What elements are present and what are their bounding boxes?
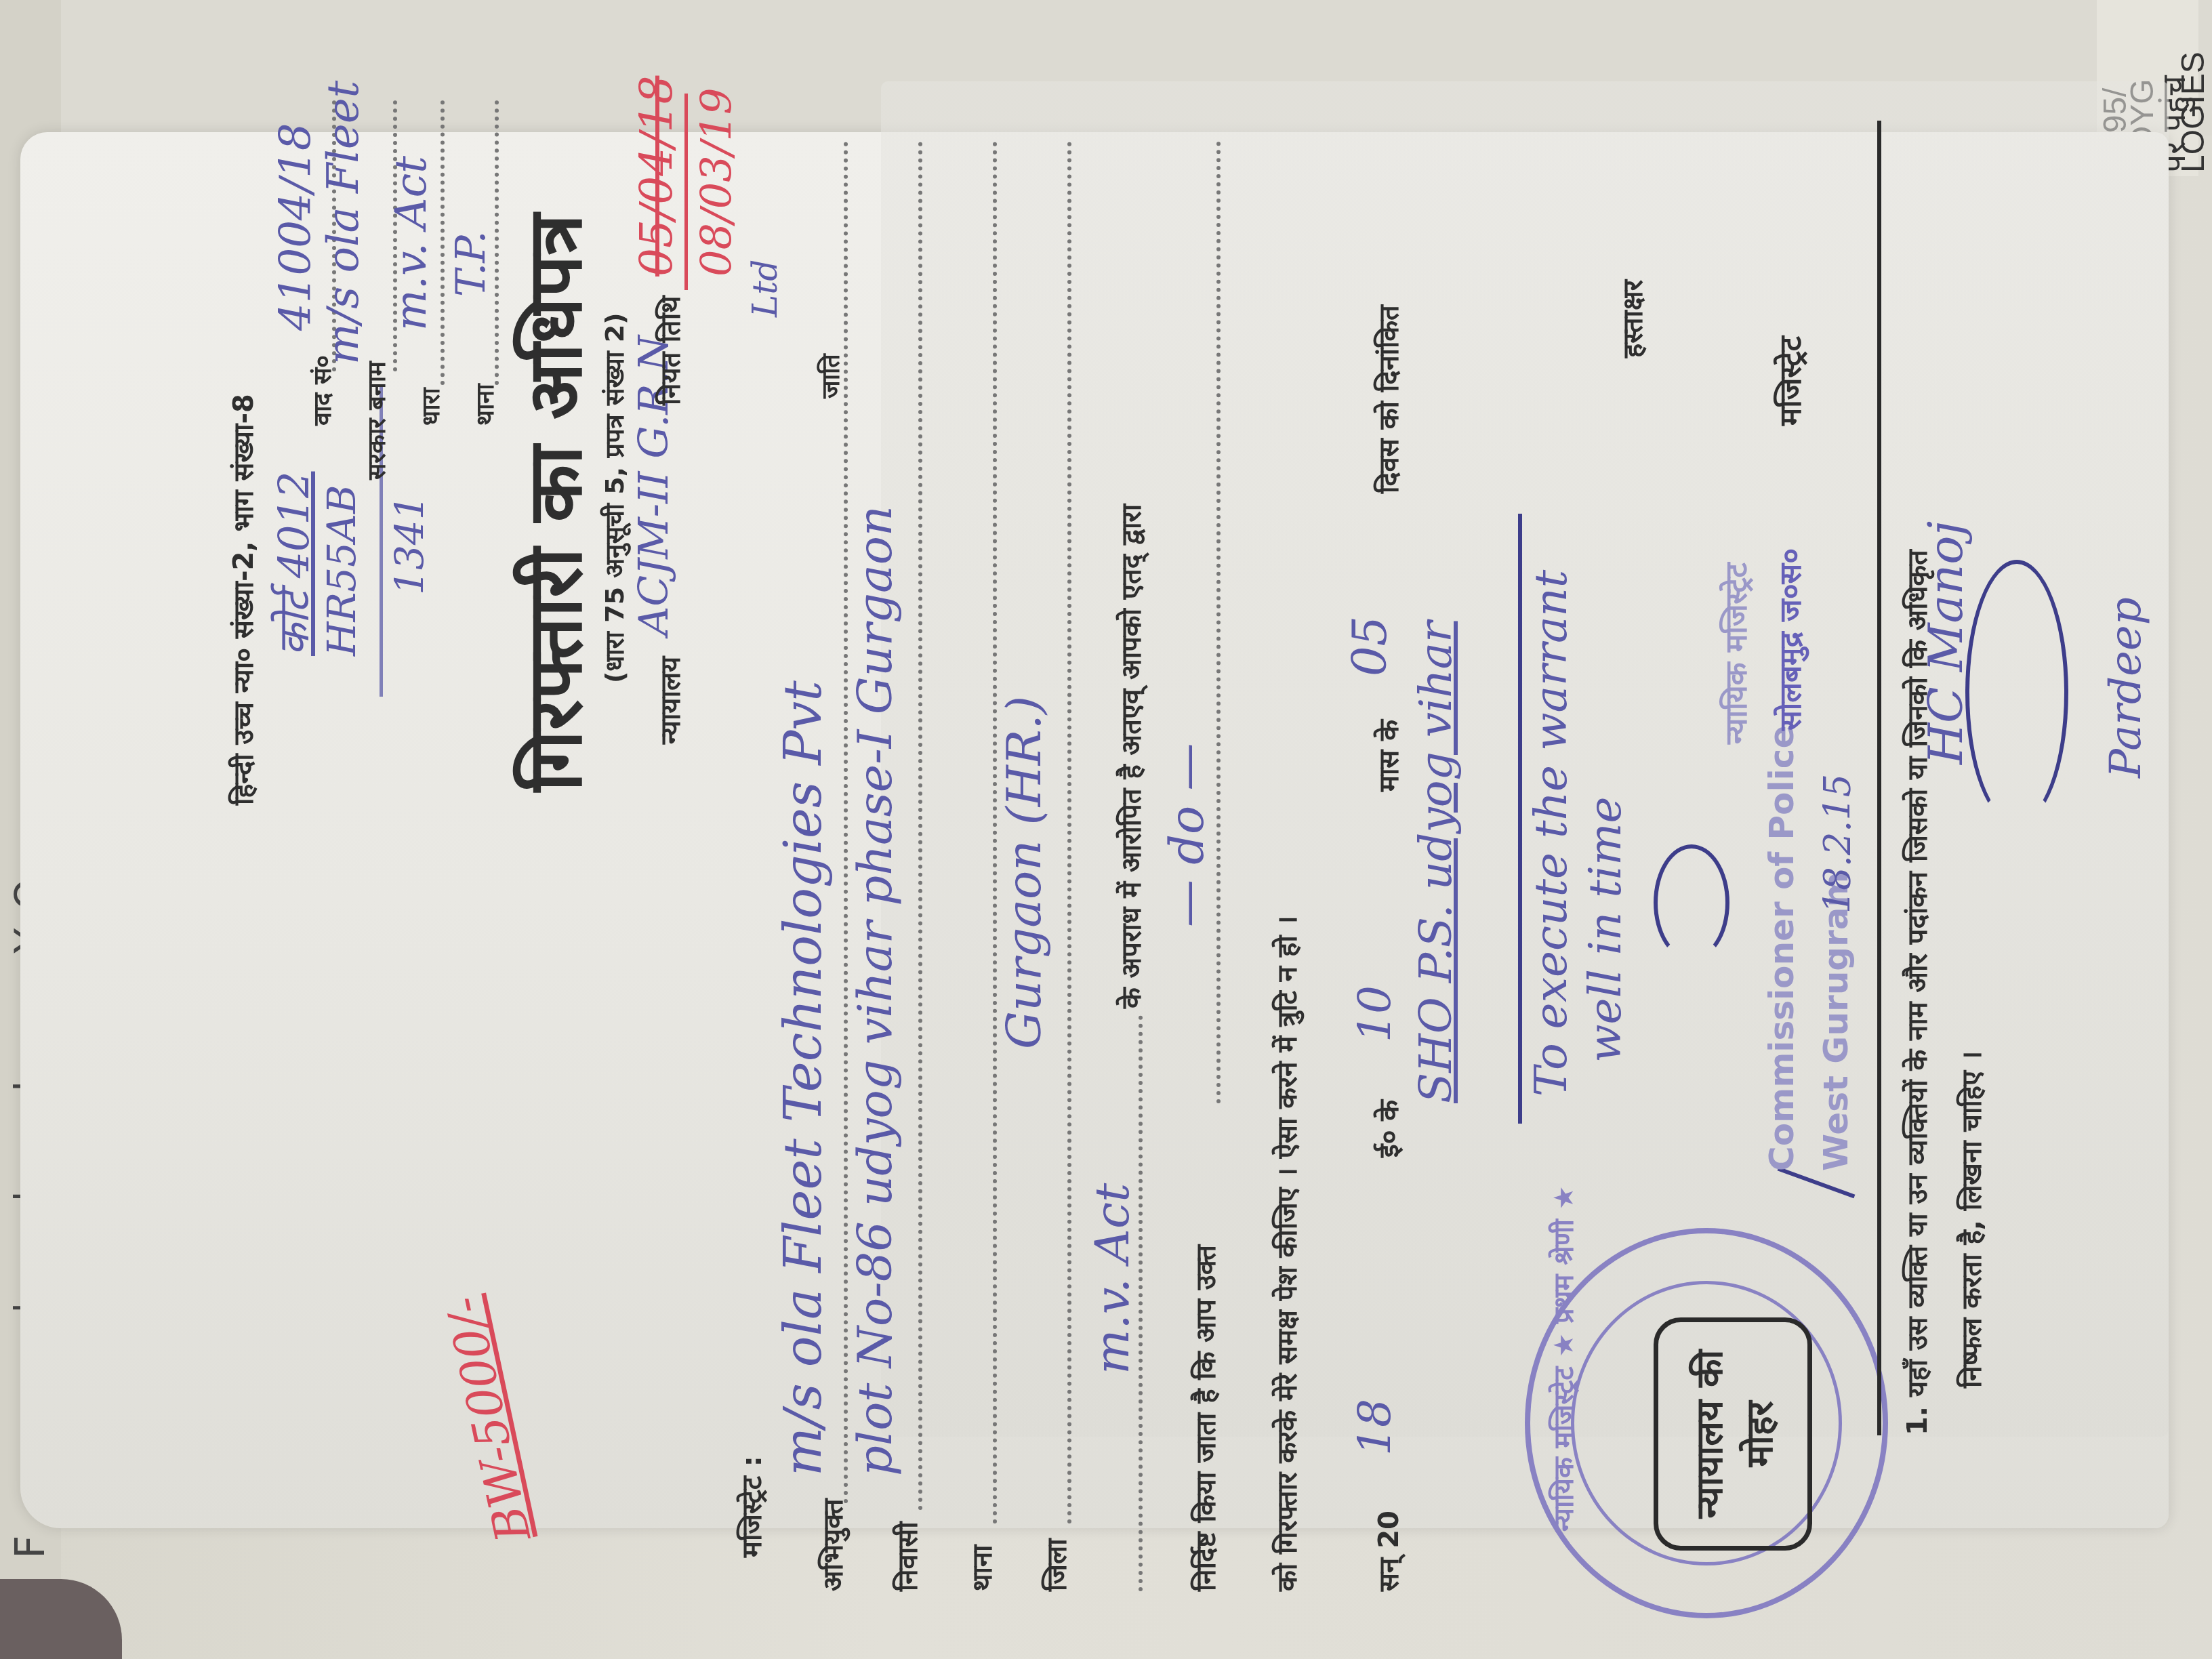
pen-stroke [1778,1167,1856,1199]
caste-label: जाति [813,354,846,398]
date-month-value: 10 [1349,985,1401,1042]
case-no-value: 41004/18 [271,123,321,331]
district-line [1067,141,1071,1523]
date-suffix: दिवस को दिनांकित [1369,305,1406,493]
bail-bond-note: BW-5000/- [436,1292,542,1547]
margin-vehicle-no: HR55AB [319,485,365,656]
seal-label-line1: न्यायालय की [1683,1350,1733,1519]
magistrate-label: मजिस्ट्रेट : [732,1456,769,1557]
faint-stamp-line1: Commissioner of Police [1762,726,1801,1171]
police-station-value: T.P. [447,230,495,297]
offence-text: के अपराध में आरोपित है अतएव् आपको एतद् द… [1111,504,1149,1008]
date-rule [684,94,688,290]
next-date-value: 08/03/19 [691,88,741,276]
footnote-line-2: निष्फल करता है, लिखना चाहिए । [1952,1051,1989,1388]
resident-label: निवासी [888,1521,925,1591]
next-date-label: नियत तिथि [651,295,688,405]
blue-stamp-text: सोलबमुद्र ज०स० [1769,548,1809,731]
date-prefix: सन् 20 [1369,1511,1406,1591]
state-vs-value: m/s ola Fleet [319,81,369,365]
accused-value: m/s ola Fleet Technologies Pvt [773,680,833,1476]
margin-vehicle-no-2: 1341 [386,495,432,595]
date-year: 18 [1349,1399,1401,1456]
accused-label: अभियुक्त [813,1499,851,1591]
footnote-divider [1877,121,1881,1435]
rotated-content: हिन्दी उच्च न्या० संख्या-2, भाग संख्या-8… [0,0,2212,1659]
endorsement-line-1: SHO P.S. udyog vihar [1410,621,1462,1104]
police-station-line [495,100,499,385]
district-label: जिला [1037,1538,1074,1591]
faint-stamp-date: 18.2.15 [1816,774,1859,914]
signature-loop [1965,560,2068,825]
police-station-label: थाना [468,384,501,426]
signature-label: हस्ताक्षर [1613,280,1650,358]
resident-line [918,141,922,1510]
date-day-label: ई० के [1369,1100,1406,1158]
arrest-instruction: को गिरफ्तार करके मेरे समक्ष पेश कीजिए । … [1267,916,1305,1591]
signature-mark [1654,844,1729,961]
section-label: धारा [413,388,447,426]
thana-label: थाना [962,1545,1000,1591]
endorsement-line-3: well in time [1579,796,1631,1063]
signature-text-2: Pardeep [2101,597,2151,778]
section-value: m.v. Act [386,156,436,331]
faint-magistrate-text: न्यायिक मजिस्ट्रेट [1715,562,1755,744]
date-day-value: 05 [1342,616,1397,676]
directed-text: निर्दिष्ट किया जाता है कि आप उक्त [1186,1245,1223,1591]
directed-line [1216,141,1221,1103]
stamp-ring-text: न्यायिक मजिस्ट्रेट ★ प्रथम श्रेणी ★ [1544,1185,1581,1532]
directed-value: — do — [1159,743,1214,927]
page-title: गिरफ्तारी का अधिपत्र [501,214,603,792]
resident-value: plot No-86 udyog vihar phase-I Gurgaon [847,506,903,1476]
district-value: Gurgaon (HR.) [996,696,1052,1049]
margin-court-no: कोर्ट 4012 [264,472,321,656]
endorsement-rule [1518,514,1522,1124]
court-label: न्यायालय [651,657,688,744]
state-vs-label: सरकार बनाम [359,361,392,480]
offence-value: m.v. Act [1084,1183,1140,1374]
endorsement-line-2: To execute the warrant [1525,570,1577,1097]
footnote: 1. यहाँ उस व्यक्ति या उन व्यक्तियों के न… [1898,550,1935,1435]
seal-label-line2: मोहर [1733,1401,1783,1467]
next-date-note: Ltd [745,260,785,317]
faint-stamp-line2: West Gurugram [1816,872,1856,1171]
court-seal-box: न्यायालय की मोहर [1654,1317,1812,1551]
header-reference: हिन्दी उच्च न्या० संख्या-2, भाग संख्या-8 [224,394,261,805]
date-month-label: मास के [1369,720,1406,792]
page-subtitle: (धारा 75 अनुसूची 5, प्रपत्र संख्या 2) [596,312,632,683]
magistrate-sign-label: मजिस्ट्रेट [1769,336,1809,426]
next-date-struck: 05/04/18 [630,76,682,276]
section-line [441,100,445,385]
